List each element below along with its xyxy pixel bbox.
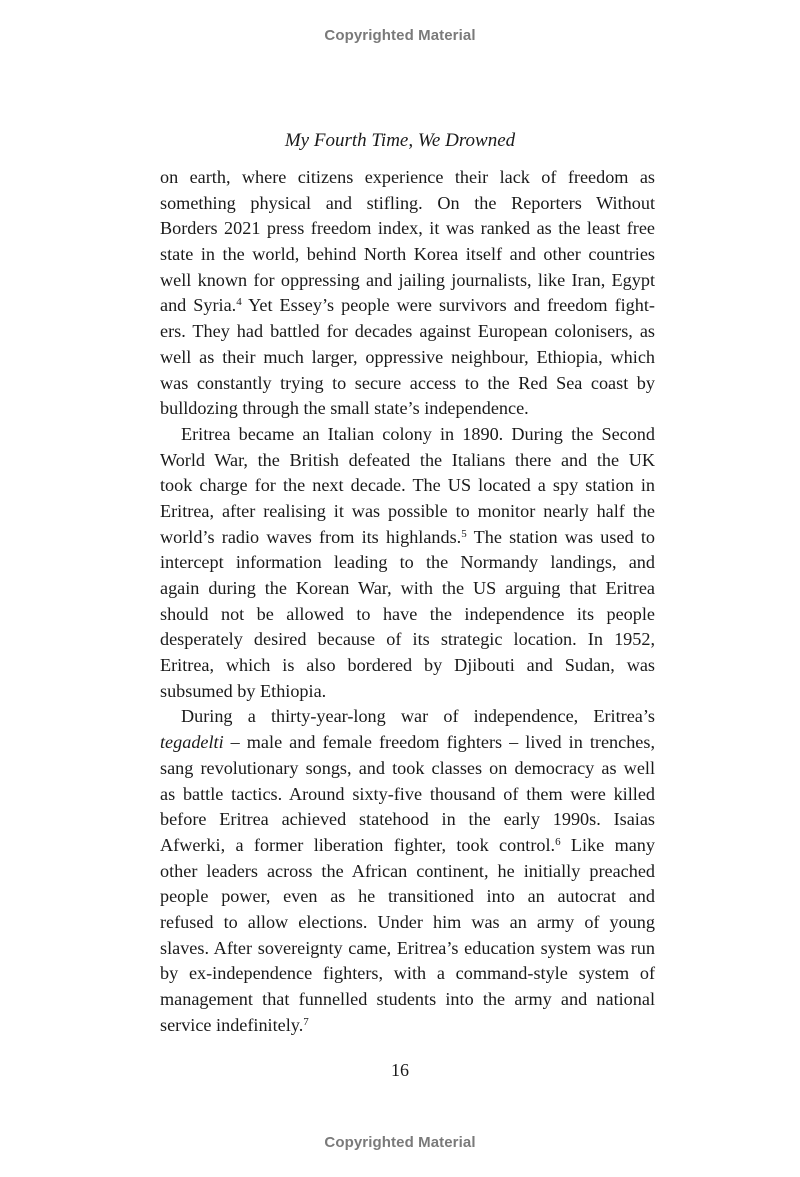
text-fragment: Like many [561, 835, 655, 855]
text-line: state in the world, behind North Korea i… [160, 242, 655, 268]
text-line: During a thirty-year-long war of indepen… [160, 704, 655, 730]
text-line: Borders 2021 press freedom index, it was… [160, 216, 655, 242]
text-line: Eritrea, which is also bordered by Djibo… [160, 653, 655, 679]
running-head-title: My Fourth Time, We Drowned [0, 130, 800, 152]
text-line: was constantly trying to secure access t… [160, 371, 655, 397]
text-line: took charge for the next decade. The US … [160, 473, 655, 499]
text-line: Eritrea became an Italian colony in 1890… [160, 422, 655, 448]
text-line: by ex-independence fighters, with a comm… [160, 961, 655, 987]
text-line: as battle tactics. Around sixty-five tho… [160, 782, 655, 808]
text-fragment: Afwerki, a former liberation fighter, to… [160, 835, 555, 855]
text-line: well as their much larger, oppressive ne… [160, 345, 655, 371]
text-line: World War, the British defeated the Ital… [160, 448, 655, 474]
text-line-with-footnote: and Syria.4 Yet Essey’s people were surv… [160, 293, 655, 319]
text-fragment: The station was used to [467, 527, 655, 547]
text-fragment: – male and female freedom fighters – liv… [224, 732, 655, 752]
text-fragment: Yet Essey’s people were survivors and fr… [242, 295, 655, 315]
text-line: something physical and stifling. On the … [160, 191, 655, 217]
text-line: should not be allowed to have the indepe… [160, 602, 655, 628]
italic-term: tegadelti [160, 732, 224, 752]
text-line: management that funnelled students into … [160, 987, 655, 1013]
text-line: refused to allow elections. Under him wa… [160, 910, 655, 936]
text-line: on earth, where citizens experience thei… [160, 165, 655, 191]
text-fragment: and Syria. [160, 295, 236, 315]
text-line: subsumed by Ethiopia. [160, 679, 655, 705]
text-fragment: world’s radio waves from its highlands. [160, 527, 461, 547]
body-text: on earth, where citizens experience thei… [160, 165, 655, 1038]
text-line-with-footnote: world’s radio waves from its highlands.5… [160, 525, 655, 551]
copyright-watermark-top: Copyrighted Material [0, 27, 800, 44]
text-line: people power, even as he transitioned in… [160, 884, 655, 910]
text-line: other leaders across the African contine… [160, 859, 655, 885]
text-line: before Eritrea achieved statehood in the… [160, 807, 655, 833]
text-line: slaves. After sovereignty came, Eritrea’… [160, 936, 655, 962]
footnote-marker: 7 [303, 1016, 309, 1028]
text-line-with-footnote: Afwerki, a former liberation fighter, to… [160, 833, 655, 859]
text-line: bulldozing through the small state’s ind… [160, 396, 655, 422]
text-line: sang revolutionary songs, and took class… [160, 756, 655, 782]
page-number: 16 [0, 1060, 800, 1081]
text-line: Eritrea, after realising it was possible… [160, 499, 655, 525]
text-line: desperately desired because of its strat… [160, 627, 655, 653]
text-line: well known for oppressing and jailing jo… [160, 268, 655, 294]
text-line: intercept information leading to the Nor… [160, 550, 655, 576]
text-line: ers. They had battled for decades agains… [160, 319, 655, 345]
copyright-watermark-bottom: Copyrighted Material [0, 1134, 800, 1151]
text-line: again during the Korean War, with the US… [160, 576, 655, 602]
text-line-with-footnote: service indefinitely.7 [160, 1013, 655, 1039]
text-fragment: service indefinitely. [160, 1015, 303, 1035]
text-line-with-italic: tegadelti – male and female freedom figh… [160, 730, 655, 756]
